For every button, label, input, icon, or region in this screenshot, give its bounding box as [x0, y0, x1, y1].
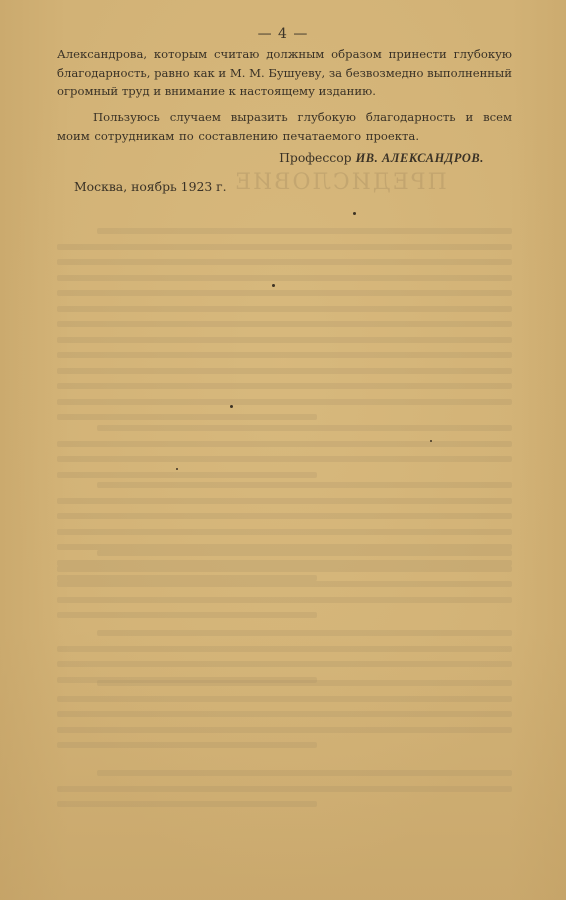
- signature-name: ИВ. АЛЕКСАНДРОВ.: [356, 151, 484, 165]
- bleed-through-line: [97, 550, 512, 556]
- bleed-through-line: [97, 630, 512, 636]
- bleed-through-line: [57, 727, 512, 733]
- bleed-through-line: [57, 259, 512, 265]
- bleed-through-line: [57, 456, 512, 462]
- paper-speck: [353, 212, 356, 215]
- bleed-through-line: [57, 581, 512, 587]
- signature: Профессор ИВ. АЛЕКСАНДРОВ.: [279, 150, 484, 166]
- bleed-through-line: [57, 352, 512, 358]
- bleed-through-line: [57, 677, 317, 683]
- paragraph-thanks: Пользуюсь случаем выразить глубокую благ…: [57, 108, 512, 145]
- bleed-through-line: [57, 383, 512, 389]
- bleed-through-line: [57, 399, 512, 405]
- paper-speck: [230, 405, 233, 408]
- bleed-through-line: [97, 425, 512, 431]
- paragraph-acknowledgement: Александрова, которым считаю должным обр…: [57, 45, 512, 101]
- bleed-through-line: [57, 544, 512, 550]
- bleed-through-line: [57, 275, 512, 281]
- bleed-through-line: [57, 597, 512, 603]
- signature-title: Профессор: [279, 150, 352, 165]
- bleed-through-line: [57, 742, 317, 748]
- bleed-through-line: [57, 306, 512, 312]
- bleed-through-line: [57, 529, 512, 535]
- bleed-through-line: [57, 786, 512, 792]
- bleed-through-line: [57, 414, 317, 420]
- bleed-through-line: [57, 441, 512, 447]
- bleed-through-line: [57, 575, 317, 581]
- bleed-through-line: [57, 321, 512, 327]
- bleed-through-line: [57, 801, 317, 807]
- bleed-through-line: [57, 337, 512, 343]
- bleed-through-line: [57, 368, 512, 374]
- bleed-through-line: [97, 482, 512, 488]
- bleed-through-line: [57, 612, 317, 618]
- bleed-through-line: [97, 228, 512, 234]
- bleed-through-line: [97, 770, 512, 776]
- bleed-through-line: [57, 646, 512, 652]
- bleed-through-line: [57, 472, 317, 478]
- bleed-through-line: [57, 696, 512, 702]
- bleed-through-line: [57, 244, 512, 250]
- paper-speck: [430, 440, 432, 442]
- bleed-through-heading: ПРЕДИСЛОВИЕ: [233, 170, 447, 195]
- bleed-through-line: [57, 290, 512, 296]
- page-number: — 4 —: [0, 26, 566, 42]
- bleed-through-line: [57, 513, 512, 519]
- bleed-through-line: [57, 498, 512, 504]
- paper-speck: [272, 284, 275, 287]
- bleed-through-line: [97, 680, 512, 686]
- bleed-through-line: [57, 661, 512, 667]
- place-date: Москва, ноябрь 1923 г.: [74, 179, 227, 194]
- bleed-through-line: [57, 566, 512, 572]
- paper-speck: [176, 468, 178, 470]
- bleed-through-line: [57, 560, 512, 566]
- bleed-through-line: [57, 711, 512, 717]
